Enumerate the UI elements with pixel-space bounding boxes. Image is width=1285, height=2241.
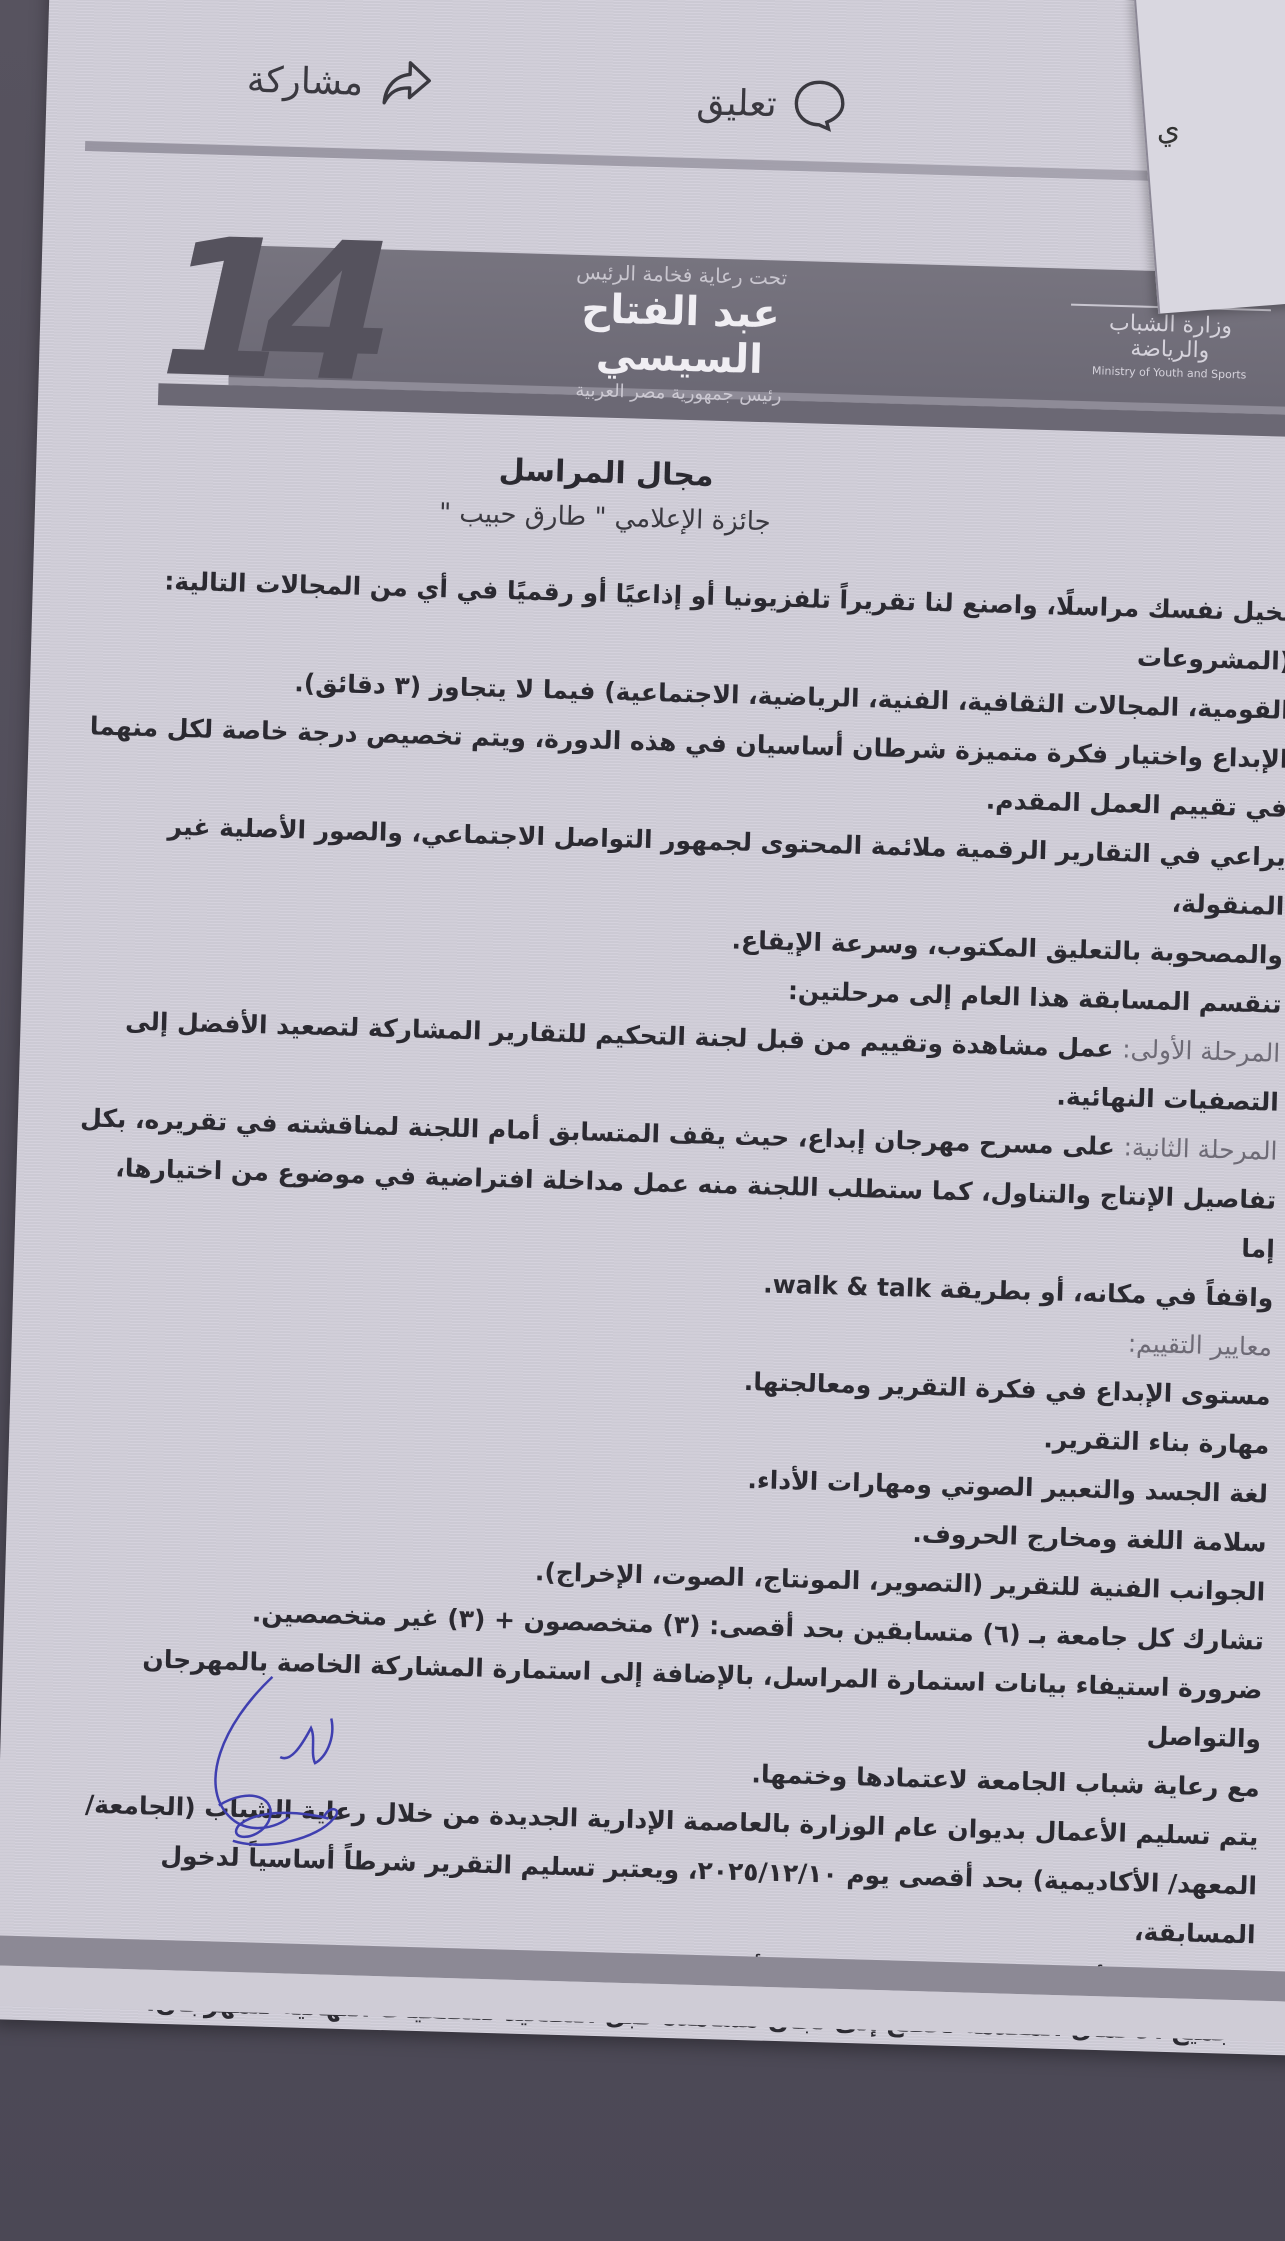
stage-1-label: المرحلة الأولى: [1122, 1034, 1281, 1067]
photo-scene: تعليق مشاركة 14 تحت رعاية فخامة الرئيس ع… [0, 0, 1285, 2241]
stage-2-label: المرحلة الثانية: [1123, 1132, 1278, 1165]
share-arrow-icon [376, 54, 436, 114]
festival-banner: 14 تحت رعاية فخامة الرئيس عبد الفتاح الس… [158, 223, 1285, 441]
patron-name: عبد الفتاح السيسي [519, 284, 841, 385]
edition-logo: 14 [158, 213, 368, 409]
share-button[interactable]: مشاركة [246, 51, 436, 114]
comment-button[interactable]: تعليق [696, 73, 850, 135]
partial-label: ي [1155, 112, 1181, 149]
patron-block: تحت رعاية فخامة الرئيس عبد الفتاح السيسي… [518, 258, 842, 408]
folded-corner: ي [1134, 0, 1285, 314]
comment-label: تعليق [696, 82, 777, 125]
share-label: مشاركة [246, 59, 363, 103]
document-paper: تعليق مشاركة 14 تحت رعاية فخامة الرئيس ع… [0, 0, 1285, 2056]
ministry-logo: وزارة الشباب والرياضة Ministry of Youth … [1069, 304, 1271, 383]
speech-bubble-icon [790, 76, 850, 136]
handwritten-signature [157, 1664, 462, 1872]
